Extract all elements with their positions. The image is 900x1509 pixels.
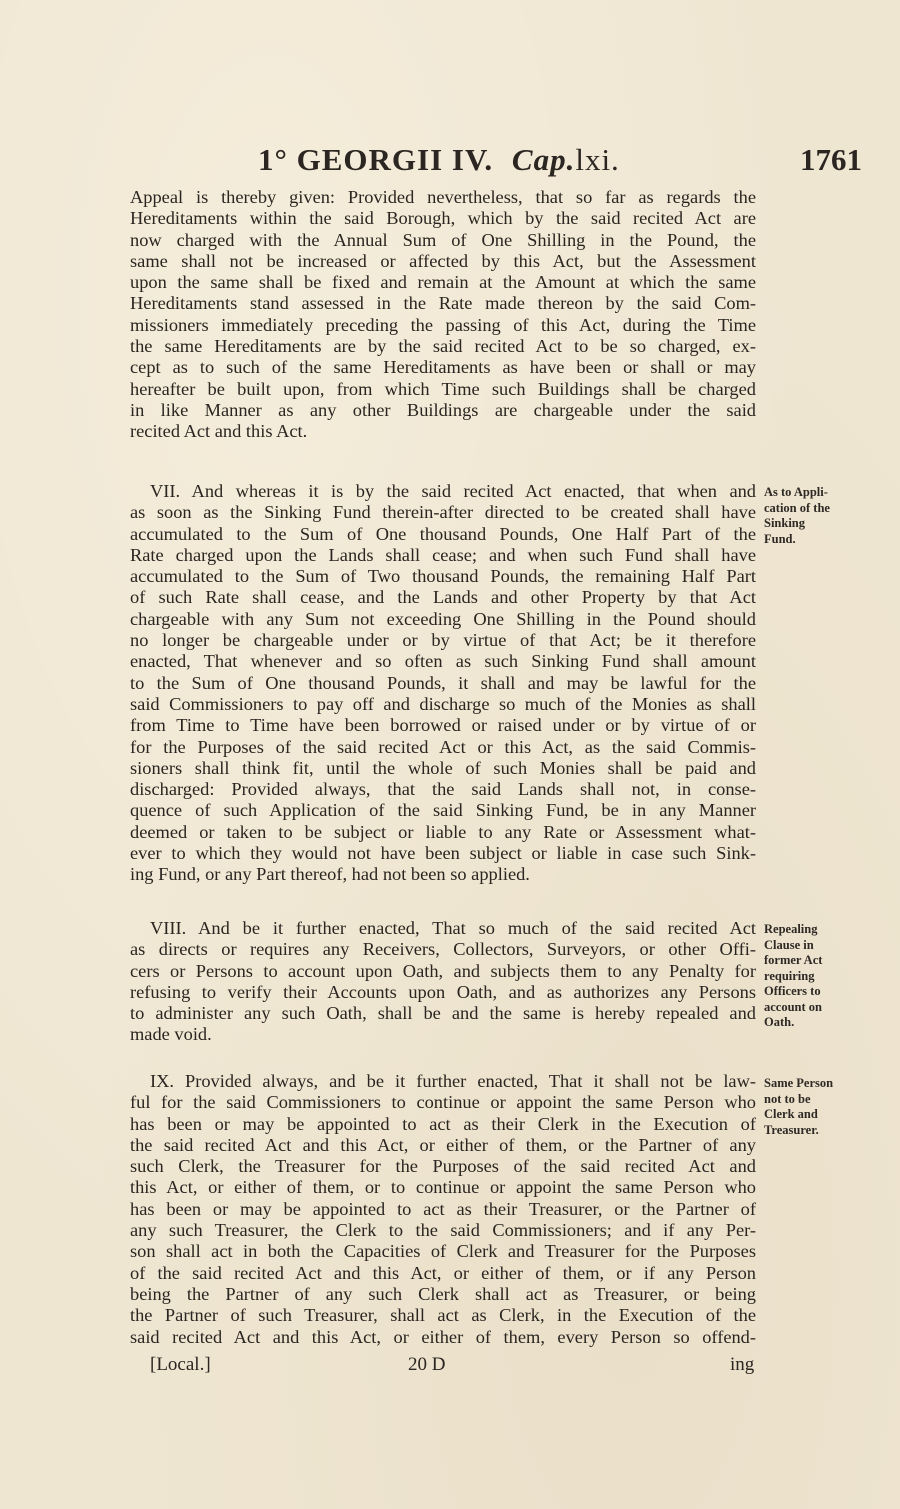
act-title: 1° GEORGII IV. Cap.lxi. xyxy=(258,142,620,178)
section-vii: VII. And whereas it is by the said recit… xyxy=(130,481,756,886)
marginal-note-line: former Act xyxy=(764,953,874,969)
marginal-note-line: requiring xyxy=(764,969,874,985)
text-line: cept as to such of the same Hereditament… xyxy=(130,357,756,378)
text-line: accumulated to the Sum of Two thousand P… xyxy=(130,566,756,587)
text-line: said recited Act and this Act, or either… xyxy=(130,1327,756,1348)
section-ix: IX. Provided always, and be it further e… xyxy=(130,1071,756,1348)
text-line: the same Hereditaments are by the said r… xyxy=(130,336,756,357)
section-heading-line: IX. Provided always, and be it further e… xyxy=(130,1071,756,1092)
section-heading-line: VII. And whereas it is by the said recit… xyxy=(130,481,756,502)
text-line: son shall act in both the Capacities of … xyxy=(130,1241,756,1262)
cap-label: Cap. xyxy=(512,142,575,177)
text-line: as directs or requires any Receivers, Co… xyxy=(130,939,756,960)
marginal-note-line: not to be xyxy=(764,1092,874,1108)
text-line: ever to which they would not have been s… xyxy=(130,843,756,864)
text-line: Hereditaments stand assessed in the Rate… xyxy=(130,293,756,314)
text-line: being the Partner of any such Clerk shal… xyxy=(130,1284,756,1305)
text-line: missioners immediately preceding the pas… xyxy=(130,315,756,336)
text-line: as soon as the Sinking Fund therein-afte… xyxy=(130,502,756,523)
text-line: said Commissioners to pay off and discha… xyxy=(130,694,756,715)
text-line: Hereditaments within the said Borough, w… xyxy=(130,208,756,229)
text-line: same shall not be increased or affected … xyxy=(130,251,756,272)
marginal-note-line: Same Person xyxy=(764,1076,874,1092)
text-line: discharged: Provided always, that the sa… xyxy=(130,779,756,800)
marginal-note-line: Oath. xyxy=(764,1015,874,1031)
marginal-note-line: Clause in xyxy=(764,938,874,954)
text-line: chargeable with any Sum not exceeding On… xyxy=(130,609,756,630)
text-line: Rate charged upon the Lands shall cease;… xyxy=(130,545,756,566)
text-line: the said recited Act and this Act, or ei… xyxy=(130,1135,756,1156)
marginal-note-ix: Same Person not to be Clerk and Treasure… xyxy=(764,1076,874,1138)
marginal-note-line: Sinking xyxy=(764,516,874,532)
text-line: refusing to verify their Accounts upon O… xyxy=(130,982,756,1003)
marginal-note-line: Fund. xyxy=(764,532,874,548)
marginal-note-line: Officers to xyxy=(764,984,874,1000)
marginal-note-line: Treasurer. xyxy=(764,1123,874,1139)
text-line: upon the same shall be fixed and remain … xyxy=(130,272,756,293)
text-line: in like Manner as any other Buildings ar… xyxy=(130,400,756,421)
local-label: [Local.] xyxy=(150,1354,211,1376)
marginal-note-line: cation of the xyxy=(764,501,874,517)
text-line: deemed or taken to be subject or liable … xyxy=(130,822,756,843)
text-line: recited Act and this Act. xyxy=(130,421,756,442)
text-line: ful for the said Commissioners to contin… xyxy=(130,1092,756,1113)
document-page: 1° GEORGII IV. Cap.lxi. 1761 Appeal is t… xyxy=(0,0,900,1509)
text-line: has been or may be appointed to act as t… xyxy=(130,1199,756,1220)
text-line: now charged with the Annual Sum of One S… xyxy=(130,230,756,251)
text-line: of such Rate shall cease, and the Lands … xyxy=(130,587,756,608)
text-line: cers or Persons to account upon Oath, an… xyxy=(130,961,756,982)
text-line: has been or may be appointed to act as t… xyxy=(130,1114,756,1135)
text-line: made void. xyxy=(130,1024,756,1045)
text-line: from Time to Time have been borrowed or … xyxy=(130,715,756,736)
signature-mark: 20 D xyxy=(408,1354,445,1376)
text-line: to administer any such Oath, shall be an… xyxy=(130,1003,756,1024)
text-line: ing Fund, or any Part thereof, had not b… xyxy=(130,864,756,885)
text-line: accumulated to the Sum of One thousand P… xyxy=(130,524,756,545)
text-line: such Clerk, the Treasurer for the Purpos… xyxy=(130,1156,756,1177)
text-line: the Partner of such Treasurer, shall act… xyxy=(130,1305,756,1326)
page-number: 1761 xyxy=(800,142,862,178)
chapter-number: lxi. xyxy=(575,142,619,177)
paragraph-continuation: Appeal is thereby given: Provided nevert… xyxy=(130,187,756,443)
text-line: any such Treasurer, the Clerk to the sai… xyxy=(130,1220,756,1241)
text-line: quence of such Application of the said S… xyxy=(130,800,756,821)
marginal-note-line: account on xyxy=(764,1000,874,1016)
marginal-note-line: Clerk and xyxy=(764,1107,874,1123)
text-line: hereafter be built upon, from which Time… xyxy=(130,379,756,400)
marginal-note-vii: As to Appli- cation of the Sinking Fund. xyxy=(764,485,874,547)
marginal-note-line: Repealing xyxy=(764,922,874,938)
text-line: no longer be chargeable under or by virt… xyxy=(130,630,756,651)
catchword: ing xyxy=(730,1354,754,1376)
text-line: sioners shall think fit, until the whole… xyxy=(130,758,756,779)
section-viii: VIII. And be it further enacted, That so… xyxy=(130,918,756,1046)
regnal-year: 1° GEORGII IV. xyxy=(258,142,493,177)
text-line: for the Purposes of the said recited Act… xyxy=(130,737,756,758)
text-line: Appeal is thereby given: Provided nevert… xyxy=(130,187,756,208)
page-footer: [Local.] 20 D ing xyxy=(0,1354,900,1380)
marginal-note-line: As to Appli- xyxy=(764,485,874,501)
text-line: to the Sum of One thousand Pounds, it sh… xyxy=(130,673,756,694)
text-line: this Act, or either of them, or to conti… xyxy=(130,1177,756,1198)
section-heading-line: VIII. And be it further enacted, That so… xyxy=(130,918,756,939)
marginal-note-viii: Repealing Clause in former Act requiring… xyxy=(764,922,874,1031)
running-head: 1° GEORGII IV. Cap.lxi. 1761 xyxy=(0,142,900,186)
text-line: of the said recited Act and this Act, or… xyxy=(130,1263,756,1284)
text-line: enacted, That whenever and so often as s… xyxy=(130,651,756,672)
